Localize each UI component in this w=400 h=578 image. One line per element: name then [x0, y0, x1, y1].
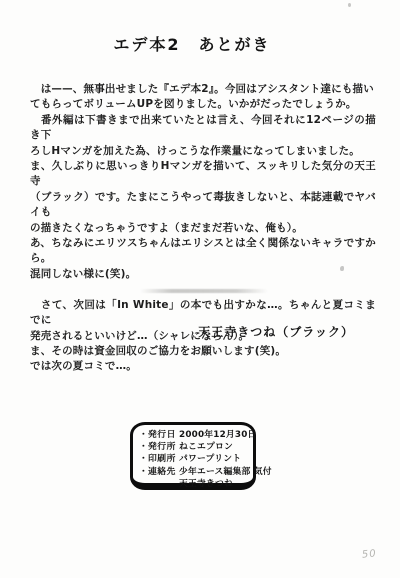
colophon-label: 発行日 [148, 429, 179, 441]
bullet-dot: ・ [139, 466, 148, 478]
colophon-label [148, 478, 179, 490]
colophon-value: 少年エース編集部 気付 [179, 466, 272, 478]
author-signature: 天王寺きつね（ブラック） [198, 323, 354, 340]
colophon-label: 発行所 [148, 441, 179, 453]
colophon-value: 2000年12月30日 [179, 429, 257, 441]
colophon-box: ・ 発行日 2000年12月30日 ・ 発行所 ねこエプロン ・ 印刷所 パワー… [130, 422, 256, 490]
colophon-label: 連絡先 [148, 466, 179, 478]
colophon-row-publish-date: ・ 発行日 2000年12月30日 [139, 429, 248, 441]
bullet-dot: ・ [139, 429, 148, 441]
afterword-page: エデ本2 あとがき は——、無事出せました『エデ本2』。今回はアシスタント達にも… [0, 0, 400, 578]
colophon-row-contact: ・ 連絡先 少年エース編集部 気付 [139, 466, 248, 478]
colophon-value: 天王寺きつね [179, 478, 248, 490]
page-title: エデ本2 あとがき [0, 32, 384, 55]
colophon-row-contact-name: 天王寺きつね [139, 478, 248, 490]
page-number: 50 [361, 548, 377, 560]
scan-speck-artifact [348, 3, 351, 7]
bullet-dot: ・ [139, 441, 148, 453]
scan-smudge-artifact [140, 289, 268, 293]
bullet-dot: ・ [139, 453, 148, 465]
colophon-value: ねこエプロン [179, 441, 248, 453]
colophon-value: パワープリント [179, 453, 248, 465]
colophon-row-publisher: ・ 発行所 ねこエプロン [139, 441, 248, 453]
scan-speck-artifact [340, 266, 344, 271]
colophon-row-printer: ・ 印刷所 パワープリント [139, 453, 248, 465]
colophon-label: 印刷所 [148, 453, 179, 465]
bullet-dot [139, 478, 148, 490]
